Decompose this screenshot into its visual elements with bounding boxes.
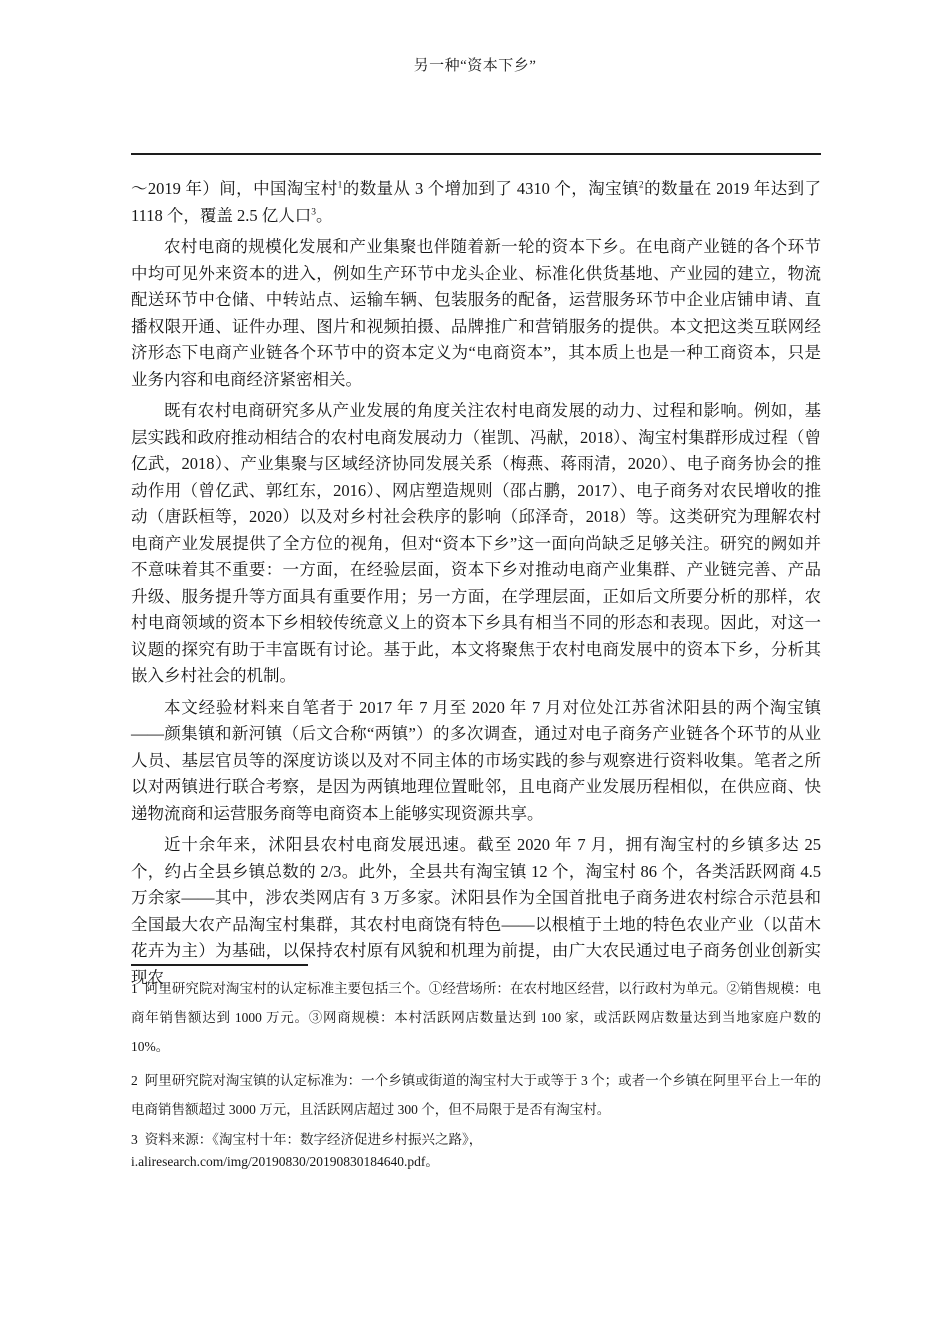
paragraph-1-text-4: 。	[316, 206, 333, 225]
footnote-1: 1阿里研究院对淘宝村的认定标准主要包括三个。①经营场所：在农村地区经营，以行政村…	[131, 974, 821, 1061]
footnotes-section: 1阿里研究院对淘宝村的认定标准主要包括三个。①经营场所：在农村地区经营，以行政村…	[131, 964, 821, 1178]
footnote-separator-rule	[131, 964, 308, 966]
footnote-2-text: 阿里研究院对淘宝镇的认定标准为：一个乡镇或街道的淘宝村大于或等于 3 个；或者一…	[131, 1073, 821, 1117]
footnote-2: 2阿里研究院对淘宝镇的认定标准为：一个乡镇或街道的淘宝村大于或等于 3 个；或者…	[131, 1066, 821, 1124]
paragraph-continuation: ～2019 年）间，中国淘宝村1的数量从 3 个增加到了 4310 个，淘宝镇2…	[131, 176, 821, 229]
footnote-2-number: 2	[131, 1073, 138, 1088]
footnote-1-text: 阿里研究院对淘宝村的认定标准主要包括三个。①经营场所：在农村地区经营，以行政村为…	[131, 981, 821, 1054]
running-header-title: 另一种“资本下乡”	[0, 54, 950, 75]
footnote-3-source-url: i.aliresearch.com/img/20190830/201908301…	[131, 1151, 821, 1173]
footnote-1-number: 1	[131, 981, 138, 996]
paragraph-4: 本文经验材料来自笔者于 2017 年 7 月至 2020 年 7 月对位处江苏省…	[131, 695, 821, 828]
footnote-3: 3资料来源：《淘宝村十年：数字经济促进乡村振兴之路》，i.aliresearch…	[131, 1129, 821, 1173]
footnote-3-number: 3	[131, 1132, 138, 1147]
document-page: 另一种“资本下乡” ～2019 年）间，中国淘宝村1的数量从 3 个增加到了 4…	[0, 0, 950, 1344]
paragraph-1-text-2: 的数量从 3 个增加到了 4310 个，淘宝镇	[342, 179, 639, 198]
article-body: ～2019 年）间，中国淘宝村1的数量从 3 个增加到了 4310 个，淘宝镇2…	[131, 176, 821, 996]
paragraph-3: 既有农村电商研究多从产业发展的角度关注农村电商发展的动力、过程和影响。例如，基层…	[131, 398, 821, 690]
paragraph-1-text-1: ～2019 年）间，中国淘宝村	[131, 179, 338, 198]
footnote-3-text: 资料来源：《淘宝村十年：数字经济促进乡村振兴之路》，	[145, 1132, 483, 1147]
paragraph-2: 农村电商的规模化发展和产业集聚也伴随着新一轮的资本下乡。在电商产业链的各个环节中…	[131, 234, 821, 393]
header-rule	[131, 153, 821, 155]
